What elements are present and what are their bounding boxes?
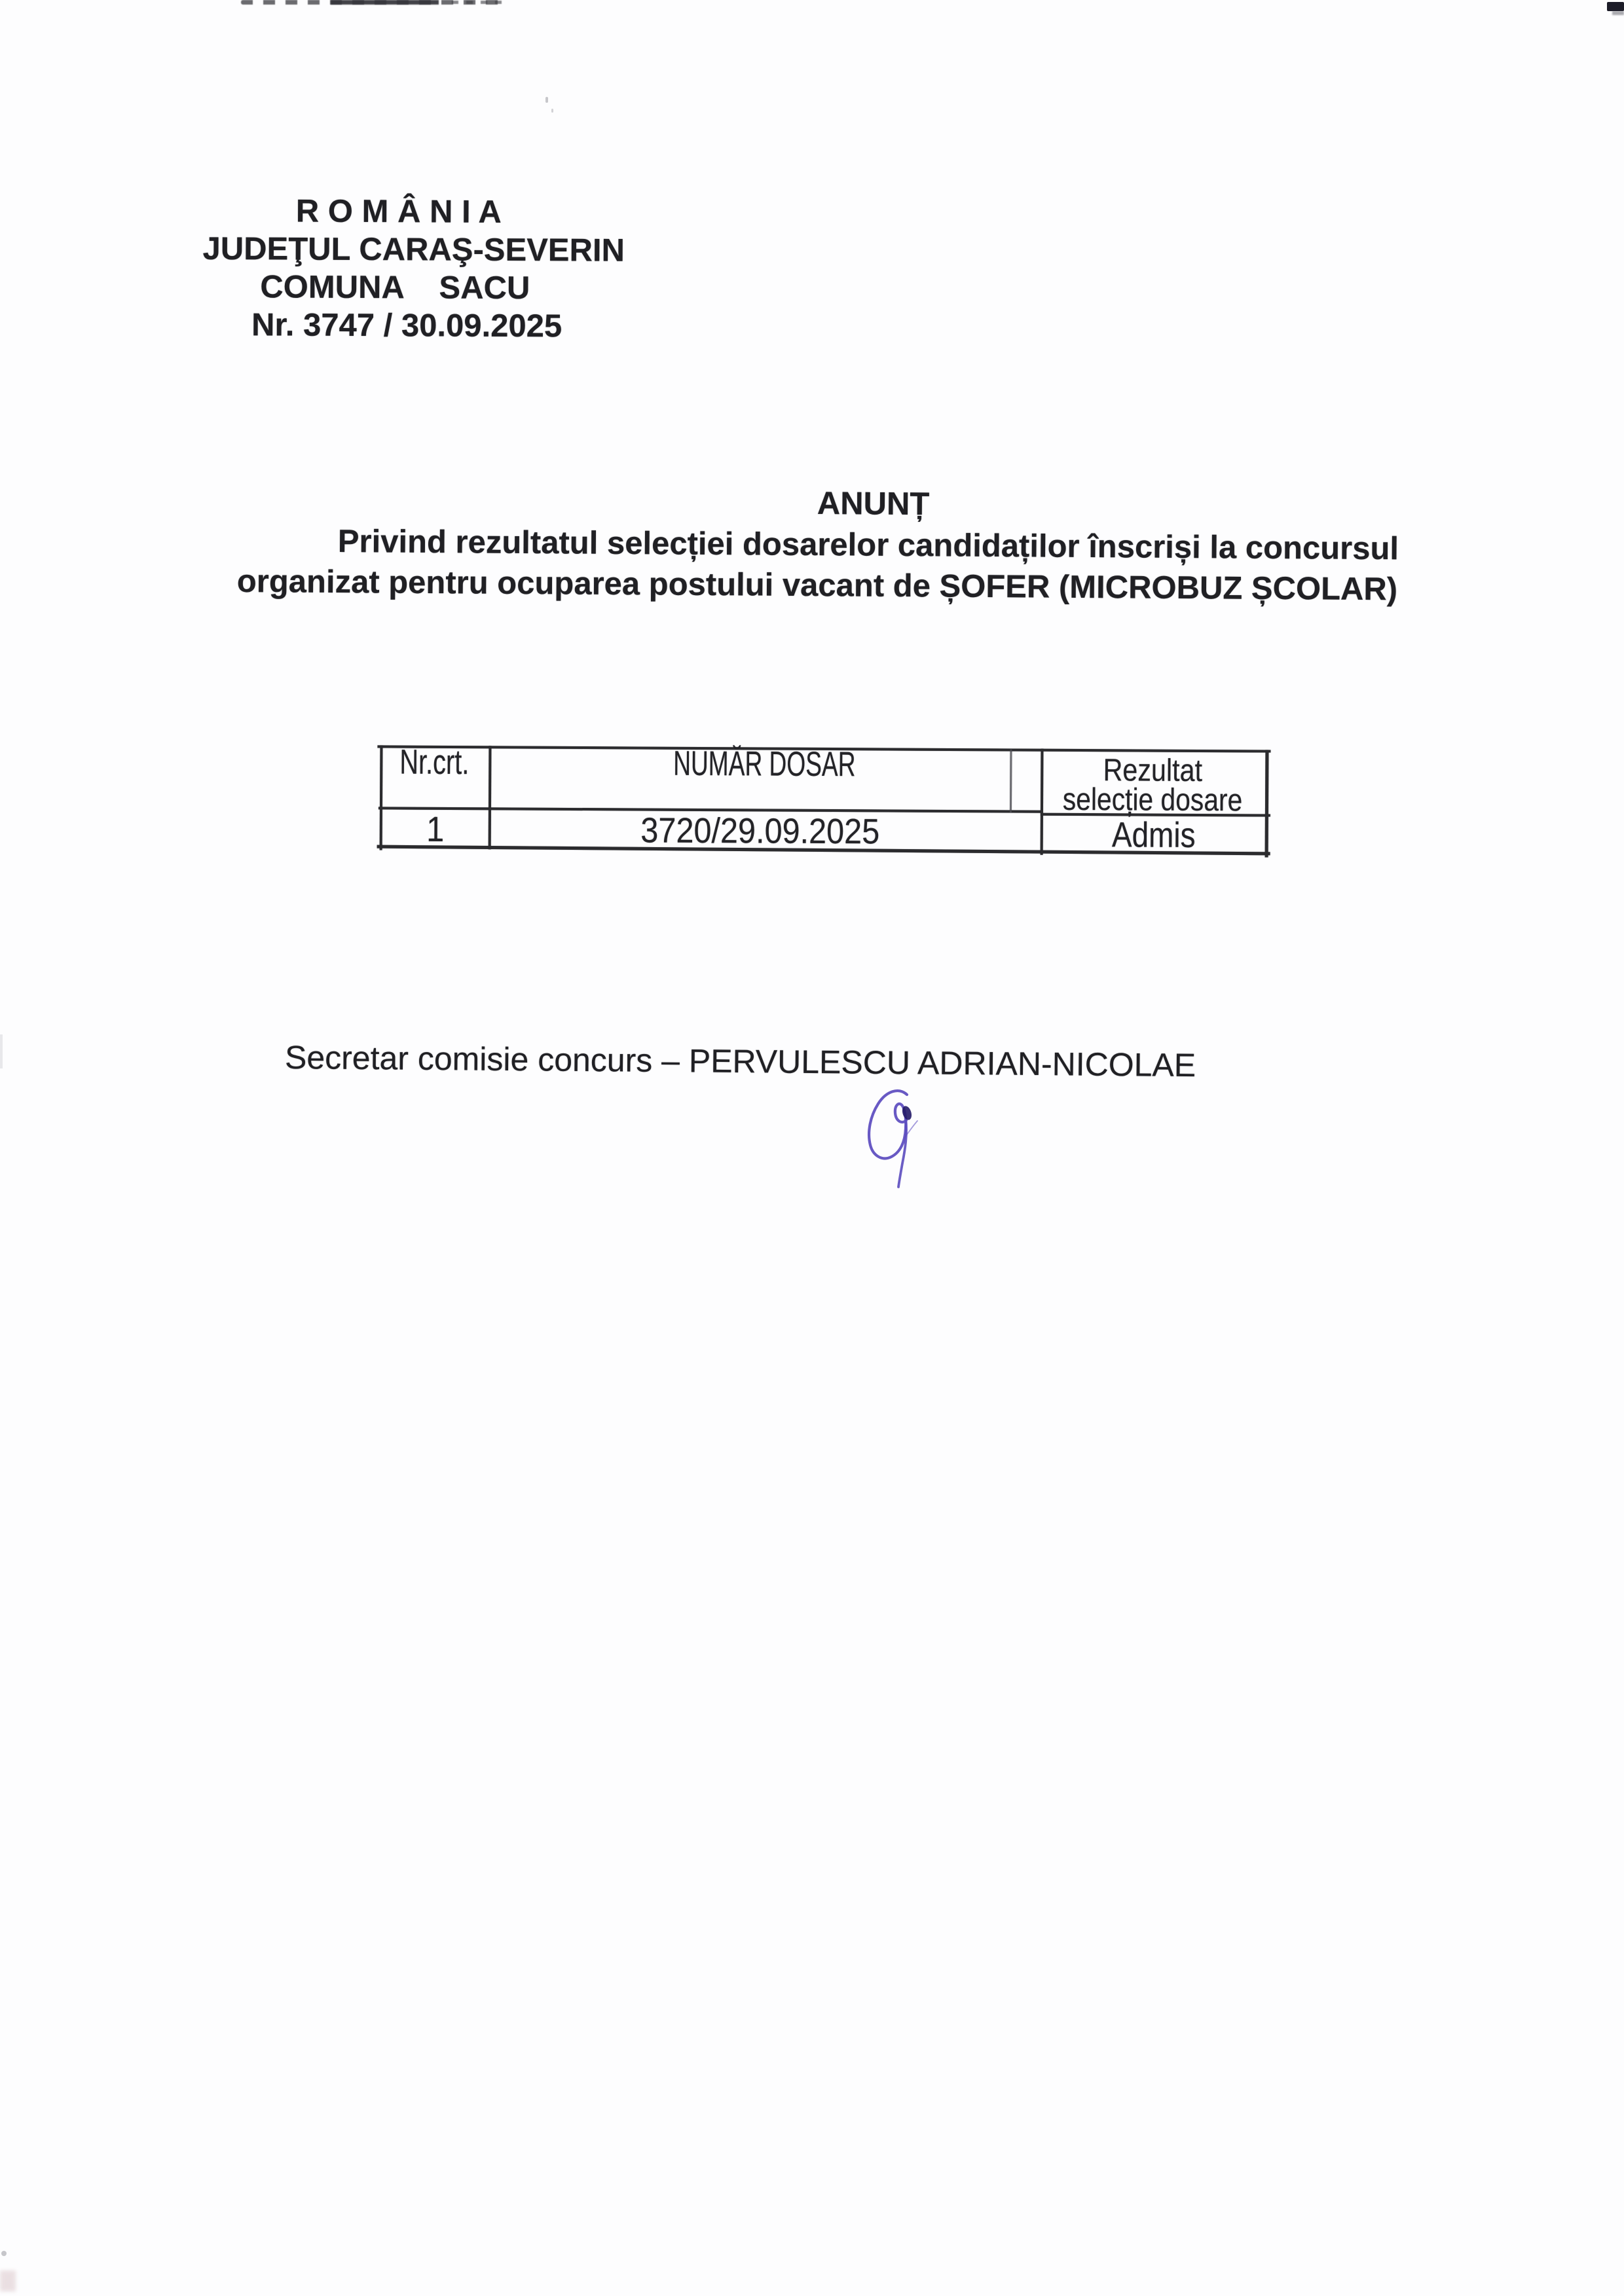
table-border-left	[380, 745, 383, 850]
scan-smudge-bottom-left	[0, 2270, 16, 2291]
table-cell-row-number: 1	[426, 812, 444, 847]
signature-tail	[898, 1118, 906, 1187]
handwritten-signature	[866, 1088, 921, 1189]
announcement-title: ANUNȚ	[817, 488, 930, 520]
letterhead-country: R O M Â N I A	[296, 196, 502, 228]
scanned-document-page: R O M Â N I A JUDEŢUL CARAŞ-SEVERIN COMU…	[0, 0, 1624, 2296]
secretary-line: Secretar comisie concurs – PERVULESCU AD…	[285, 1041, 1196, 1082]
table-border-right	[1265, 750, 1269, 858]
table-header-rezultat-line2: selecție dosare	[1063, 784, 1243, 816]
scan-artifact-top-streak-light	[452, 1, 506, 4]
table-cell-result-admis: Admis	[1112, 817, 1196, 853]
signature-loop	[869, 1091, 907, 1158]
scan-speck	[545, 97, 548, 103]
letterhead-commune: COMUNA SACU	[260, 271, 530, 304]
letterhead-county: JUDEŢUL CARAŞ-SEVERIN	[202, 233, 625, 267]
table-header-numar-dosar: NUMĂR DOSAR	[673, 746, 856, 782]
table-cell-dosar-number: 3720/29.09.2025	[640, 813, 879, 850]
table-border-col2-col3	[1041, 749, 1044, 855]
scan-artifact-corner-mark	[1607, 2, 1624, 11]
document-letterhead: R O M Â N I A JUDEŢUL CARAŞ-SEVERIN COMU…	[202, 190, 661, 349]
scan-artifact-top-streak-dense	[331, 0, 439, 5]
registration-number: Nr. 3747 / 30.09.2025	[251, 309, 562, 342]
scan-speck	[551, 109, 553, 113]
announcement-subject-line2: organizat pentru ocuparea postului vacan…	[237, 566, 1398, 606]
table-border-col1-col2	[489, 746, 492, 849]
scan-speck-bottom-left	[1, 2251, 7, 2256]
announcement-subject-line1: Privind rezultatul selecției dosarelor c…	[338, 526, 1399, 565]
table-header-nr-crt: Nr.crt.	[399, 745, 469, 780]
scan-artifact-corner-shadow	[1612, 11, 1624, 15]
results-table: Nr.crt. NUMĂR DOSAR Rezultat selecție do…	[366, 737, 1283, 873]
table-border-stray-segment	[1010, 749, 1012, 812]
scan-speck-left-edge	[0, 1034, 3, 1068]
